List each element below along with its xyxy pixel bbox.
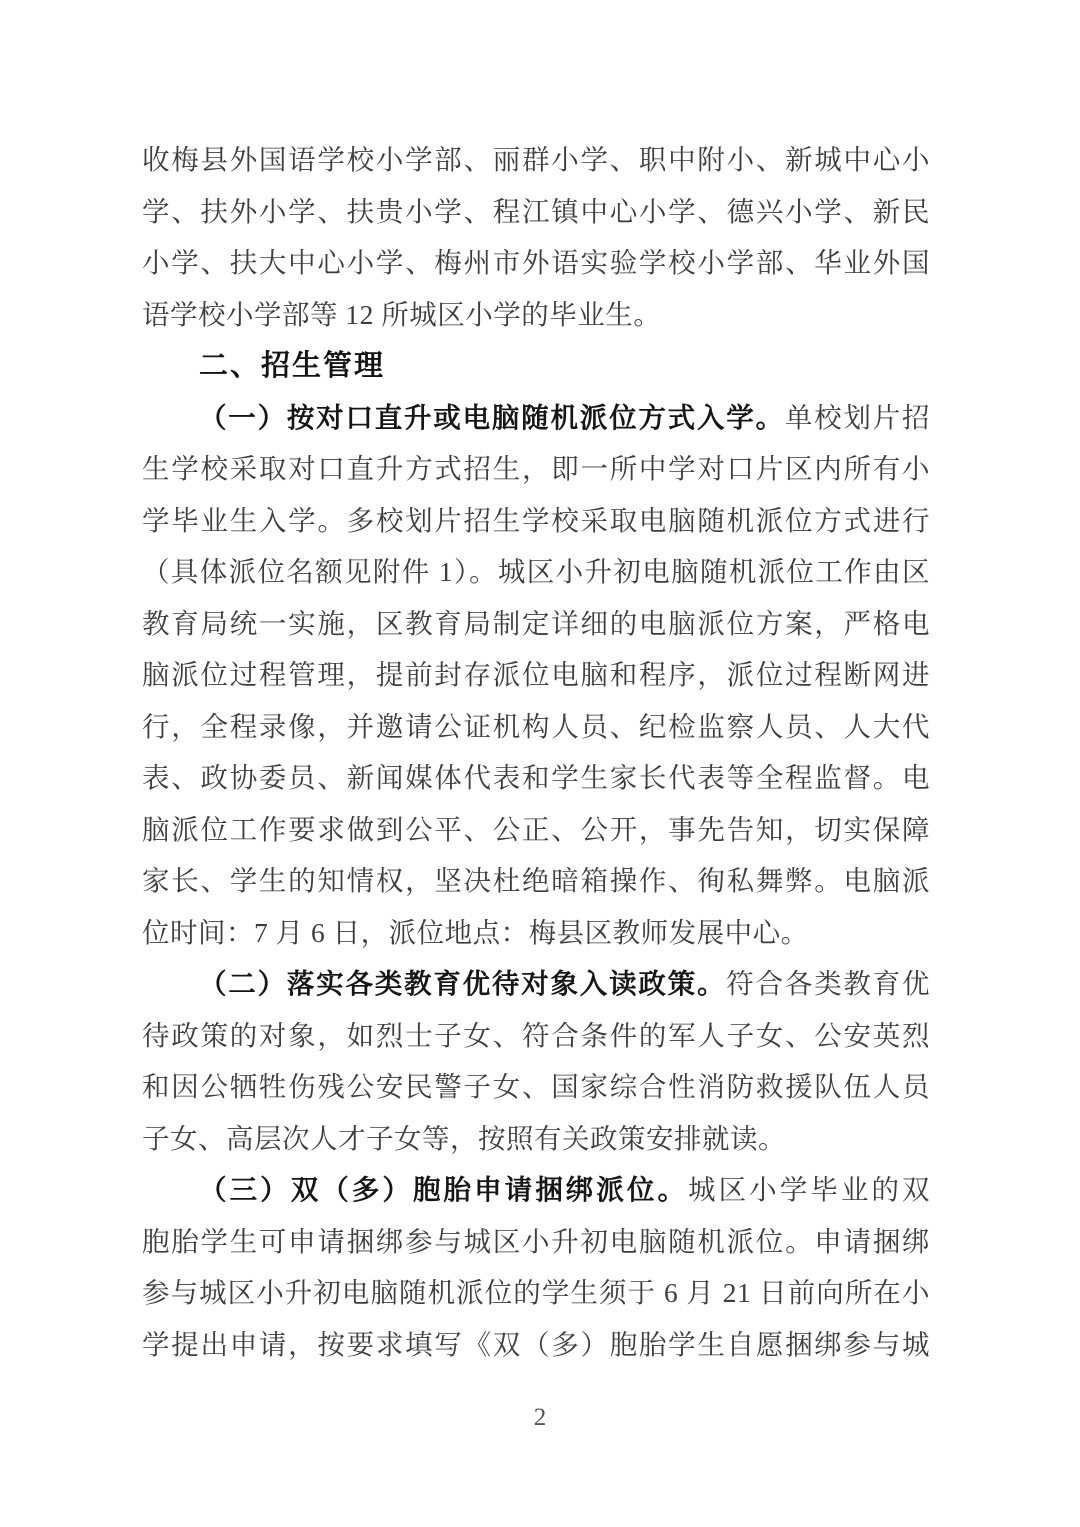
text-line: （二）落实各类教育优待对象入读政策。符合各类教育优 [142,958,930,1010]
text-line: 学、扶外小学、扶贵小学、程江镇中心小学、德兴小学、新民 [142,186,930,238]
text-segment: 符合各类教育优 [726,968,930,999]
text-segment: 收梅县外国语学校小学部、丽群小学、职中附小、新城中心小 [142,144,930,175]
text-line: （三）双（多）胞胎申请捆绑派位。城区小学毕业的双（多） [142,1164,930,1216]
text-segment: 脑派位工作要求做到公平、公正、公开，事先告知，切实保障 [142,814,930,845]
text-segment: 位时间：7 月 6 日，派位地点：梅县区教师发展中心。 [142,917,809,948]
text-segment: 家长、学生的知情权，坚决杜绝暗箱操作、徇私舞弊。电脑派 [142,865,930,896]
text-line: 语学校小学部等 12 所城区小学的毕业生。 [142,289,930,341]
text-segment: 教育局统一实施，区教育局制定详细的电脑派位方案，严格电 [142,608,930,639]
text-segment: 小学、扶大中心小学、梅州市外语实验学校小学部、华业外国 [142,247,930,278]
text-line: 和因公牺牲伤残公安民警子女、国家综合性消防救援队伍人员 [142,1061,930,1113]
text-line: 脑派位过程管理，提前封存派位电脑和程序，派位过程断网进 [142,649,930,701]
text-line: 生学校采取对口直升方式招生，即一所中学对口片区内所有小 [142,443,930,495]
text-line: 学提出申请，按要求填写《双（多）胞胎学生自愿捆绑参与城 [142,1319,930,1371]
text-segment: 生学校采取对口直升方式招生，即一所中学对口片区内所有小 [142,453,930,484]
document-body: 收梅县外国语学校小学部、丽群小学、职中附小、新城中心小学、扶外小学、扶贵小学、程… [142,134,930,1370]
bold-lead-text: （二）落实各类教育优待对象入读政策。 [199,968,726,999]
text-segment: 胞胎学生可申请捆绑参与城区小升初电脑随机派位。申请捆绑 [142,1226,930,1257]
text-line: 家长、学生的知情权，坚决杜绝暗箱操作、徇私舞弊。电脑派 [142,855,930,907]
text-line: 胞胎学生可申请捆绑参与城区小升初电脑随机派位。申请捆绑 [142,1216,930,1268]
text-segment: 学、扶外小学、扶贵小学、程江镇中心小学、德兴小学、新民 [142,196,930,227]
text-line: 脑派位工作要求做到公平、公正、公开，事先告知，切实保障 [142,804,930,856]
text-line: 学毕业生入学。多校划片招生学校采取电脑随机派位方式进行 [142,495,930,547]
text-segment: 和因公牺牲伤残公安民警子女、国家综合性消防救援队伍人员 [142,1071,930,1102]
text-line: 待政策的对象，如烈士子女、符合条件的军人子女、公安英烈 [142,1010,930,1062]
text-line: 位时间：7 月 6 日，派位地点：梅县区教师发展中心。 [142,907,930,959]
text-segment: （具体派位名额见附件 1）。城区小升初电脑随机派位工作由区 [142,556,930,587]
text-line: （具体派位名额见附件 1）。城区小升初电脑随机派位工作由区 [142,546,930,598]
text-line: 教育局统一实施，区教育局制定详细的电脑派位方案，严格电 [142,598,930,650]
text-segment: 行，全程录像，并邀请公证机构人员、纪检监察人员、人大代 [142,711,930,742]
text-segment: 子女、高层次人才子女等，按照有关政策安排就读。 [142,1123,786,1154]
section-heading: 二、招生管理 [142,340,930,392]
text-segment: 单校划片招 [785,402,930,433]
page-number: 2 [0,1403,1080,1433]
text-segment: 参与城区小升初电脑随机派位的学生须于 6 月 21 日前向所在小 [142,1277,930,1308]
text-line: 子女、高层次人才子女等，按照有关政策安排就读。 [142,1113,930,1165]
text-line: 行，全程录像，并邀请公证机构人员、纪检监察人员、人大代 [142,701,930,753]
text-line: （一）按对口直升或电脑随机派位方式入学。单校划片招 [142,392,930,444]
text-segment: 学毕业生入学。多校划片招生学校采取电脑随机派位方式进行 [142,505,930,536]
text-segment: 语学校小学部等 12 所城区小学的毕业生。 [142,299,661,330]
document-page: 收梅县外国语学校小学部、丽群小学、职中附小、新城中心小学、扶外小学、扶贵小学、程… [0,0,1080,1527]
text-segment: 学提出申请，按要求填写《双（多）胞胎学生自愿捆绑参与城 [142,1329,930,1360]
text-line: 小学、扶大中心小学、梅州市外语实验学校小学部、华业外国 [142,237,930,289]
text-segment: 脑派位过程管理，提前封存派位电脑和程序，派位过程断网进 [142,659,930,690]
text-segment: 表、政协委员、新闻媒体代表和学生家长代表等全程监督。电 [142,762,930,793]
text-segment: 待政策的对象，如烈士子女、符合条件的军人子女、公安英烈 [142,1020,930,1051]
bold-lead-text: （三）双（多）胞胎申请捆绑派位。 [199,1174,688,1205]
text-line: 收梅县外国语学校小学部、丽群小学、职中附小、新城中心小 [142,134,930,186]
text-line: 参与城区小升初电脑随机派位的学生须于 6 月 21 日前向所在小 [142,1267,930,1319]
text-line: 表、政协委员、新闻媒体代表和学生家长代表等全程监督。电 [142,752,930,804]
bold-lead-text: （一）按对口直升或电脑随机派位方式入学。 [199,402,785,433]
text-segment: 二、招生管理 [199,350,385,382]
